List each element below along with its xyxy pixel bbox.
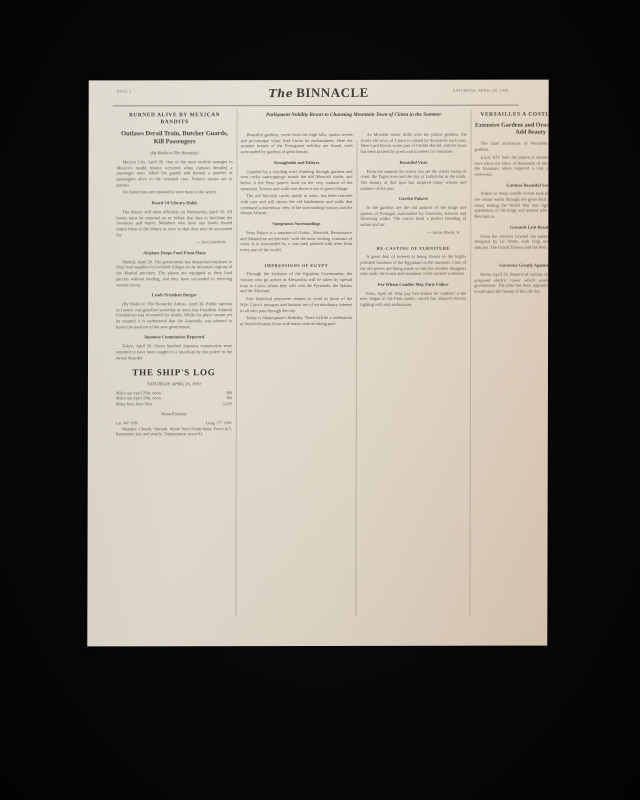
headline-cintra: Parliament Nobility Resort to Charming M… [241, 112, 467, 119]
column-3: As Moorish music drifts over the palace … [359, 132, 466, 630]
byline: — S. B. A. [474, 252, 548, 258]
ships-log-label: Miles from New York [116, 401, 153, 407]
story-headline: Board Of Library Holds [116, 200, 232, 206]
article-text: Tokyo, April 26. Seven hundred Japanese … [116, 343, 232, 360]
article-text: Through the kindness of the Egyptian Gov… [240, 271, 352, 294]
article-text: Today is Shakespeare's birthday. There w… [240, 315, 352, 327]
article-text: The old Moorish castle, partly in ruins,… [240, 193, 352, 216]
section-subhead: Gardens Beautiful Scenes [474, 182, 548, 188]
subhead-bandits: Outlaws Derail Train, Butcher Guards, Ki… [117, 130, 233, 145]
article-text: Few historical memories remain as vivid … [240, 296, 352, 313]
ships-log-subhead: Noon Position [116, 412, 232, 418]
article-text: Beautiful gardens, sweet from the high h… [241, 132, 353, 155]
section-subhead: Strongholds and Palaces [241, 160, 353, 166]
article-text: Rome, April 26. Reports of various citie… [474, 272, 549, 295]
masthead-title: BINNACLE [296, 85, 369, 100]
column-4: VERSAILLES A COSTLY PALACE Extensive Gar… [473, 110, 548, 630]
latitude: Lat. 40° 10N [116, 420, 138, 426]
subhead-versailles: Extensive Gardens and Ornate Decorations… [475, 123, 549, 138]
section-headline: IMPRESSIONS OF EGYPT [240, 263, 352, 269]
section-subhead: Sumptuous Surroundings [240, 221, 352, 227]
section-subhead: For Whom Candles May Paris Follow [360, 282, 466, 288]
issue-date: SATURDAY, APRIL 26, 1930 [453, 88, 509, 93]
longitude: Long. 17° 10W [206, 420, 232, 426]
article-text: No Americans are reported to have been i… [116, 190, 232, 196]
newspaper-page: PAGE 2 TheBINNACLE SATURDAY, APRIL 26, 1… [87, 80, 548, 647]
article-text: From the summit the visitor can see the … [360, 168, 466, 191]
headline-versailles: VERSAILLES A COSTLY PALACE [475, 112, 549, 119]
article-text: In the gardens are the old palaces of th… [360, 205, 466, 228]
section-subhead: Garden Palaces [360, 196, 466, 202]
article-text: Where so many notable events took place … [474, 191, 548, 220]
section-headline: RE-CASTING OF FURNITURE [360, 245, 466, 251]
article-text: Louis XIV built the palace at enormous c… [474, 154, 548, 177]
story-headline: Airplane Drops Food From Plane [116, 250, 232, 256]
column-divider [355, 140, 357, 616]
dateline: (By Radio to The Binnacle) [117, 150, 233, 156]
article-text: Mexico City, April 26. One of the most t… [116, 159, 232, 188]
article-text: Pena Palace is a treasure of Gothic, Moo… [240, 230, 352, 253]
ships-log-row: Miles from New York3,229 [116, 401, 232, 407]
column-1: BURNED ALIVE BY MEXICAN BANDITS Outlaws … [115, 110, 232, 630]
byline: — Julius Marsh, Jr. [360, 230, 460, 236]
section-subhead: Governor Greatly Against Tower [474, 263, 548, 269]
article-text: Guarded by a winding road climbing throu… [240, 168, 352, 191]
ships-log-date: SATURDAY, APRIL 26, 1930 [116, 381, 232, 387]
ships-log-title: THE SHIP'S LOG [116, 370, 232, 376]
article-text: As Moorish music drifts over the palace … [361, 132, 467, 155]
article-text: Paris, April 26. Why pay five dollars fo… [360, 291, 466, 308]
column-divider [235, 110, 237, 616]
section-subhead: Grounds Lent Beauty [474, 224, 548, 230]
cintra-headline-span: Parliament Nobility Resort to Charming M… [241, 110, 467, 123]
article-text: A great deal of interest is being shown … [360, 254, 466, 277]
ships-log-table: Miles run April 25th, noon380Miles run A… [116, 390, 232, 407]
column-2: Beautiful gardens, sweet from the high h… [239, 132, 352, 630]
article-text: The library will meet officially on Wedn… [116, 209, 232, 238]
story-headline: Japanese Communists Reported [116, 335, 232, 341]
ships-log-remarks: Weather: Clouds, Smooth. Wind: West Nort… [116, 426, 232, 438]
article-text: The chief attractions of Versailles are … [475, 141, 549, 153]
article-text: (By Radio to The Binnacle) Athens, April… [116, 301, 232, 330]
column-divider [469, 110, 471, 616]
masthead-rule [113, 105, 519, 107]
article-text: Madrid, April 26. The government has dis… [116, 259, 232, 288]
byline: — Jean Goodwin. [116, 239, 226, 245]
section-subhead: Beautiful Vista [361, 160, 467, 166]
story-headline: Leads President Burgos [116, 292, 232, 298]
headline-bandits: BURNED ALIVE BY MEXICAN BANDITS [117, 112, 233, 126]
masthead-prefix: The [269, 87, 294, 100]
article-text: From the terraces beyond the palace stre… [474, 233, 548, 250]
ships-log-value: 3,229 [222, 401, 231, 407]
